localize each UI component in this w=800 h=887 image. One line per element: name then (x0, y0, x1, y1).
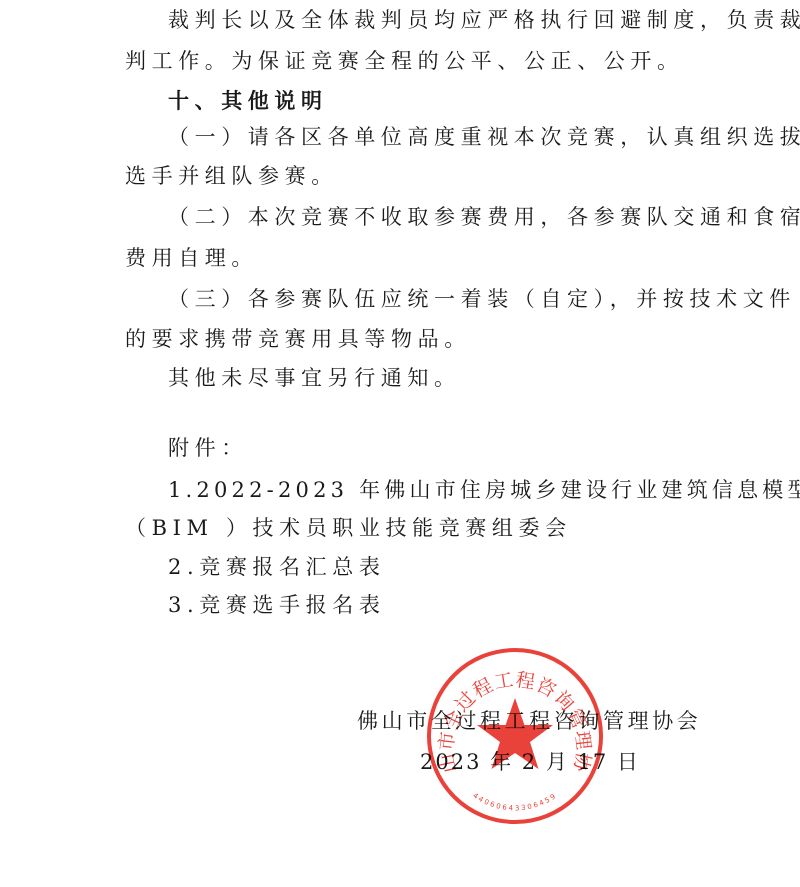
paragraph-line: 费用自理。 (125, 244, 258, 272)
paragraph-line: 裁判长以及全体裁判员均应严格执行回避制度，负责裁 (168, 6, 800, 34)
document-page: 裁判长以及全体裁判员均应严格执行回避制度，负责裁 判工作。为保证竞赛全程的公平、… (0, 0, 800, 887)
paragraph-line: 的要求携带竞赛用具等物品。 (125, 325, 471, 353)
section-heading: 十、其他说明 (168, 87, 328, 115)
paragraph-line: 选手并组队参赛。 (125, 162, 338, 190)
attachment-item-3: 3.竞赛选手报名表 (168, 591, 385, 619)
attachment-item-2: 2.竞赛报名汇总表 (168, 553, 385, 581)
official-seal-icon: 佛山市全过程工程咨询管理协会 44060643306459 (425, 646, 605, 826)
svg-text:44060643306459: 44060643306459 (471, 792, 558, 813)
attachments-label: 附件： (168, 434, 248, 462)
paragraph-line: （一）请各区各单位高度重视本次竞赛，认真组织选拔 (168, 123, 800, 151)
attachment-item-1-cont: （BIM ）技术员职业技能竞赛组委会 (125, 514, 572, 542)
signature-date: 2023 年 2 月 17 日 (420, 748, 640, 776)
closing-line: 其他未尽事宜另行通知。 (168, 364, 461, 392)
paragraph-line: 判工作。为保证竞赛全程的公平、公正、公开。 (125, 47, 684, 75)
paragraph-line: （三）各参赛队伍应统一着装（自定），并按技术文件 (168, 285, 796, 313)
signature-organization: 佛山市全过程工程咨询管理协会 (357, 707, 701, 735)
attachment-item-1: 1.2022-2023 年佛山市住房城乡建设行业建筑信息模型 (168, 476, 800, 504)
paragraph-line: （二）本次竞赛不收取参赛费用，各参赛队交通和食宿 (168, 203, 800, 231)
seal-code-text: 44060643306459 (471, 792, 558, 813)
